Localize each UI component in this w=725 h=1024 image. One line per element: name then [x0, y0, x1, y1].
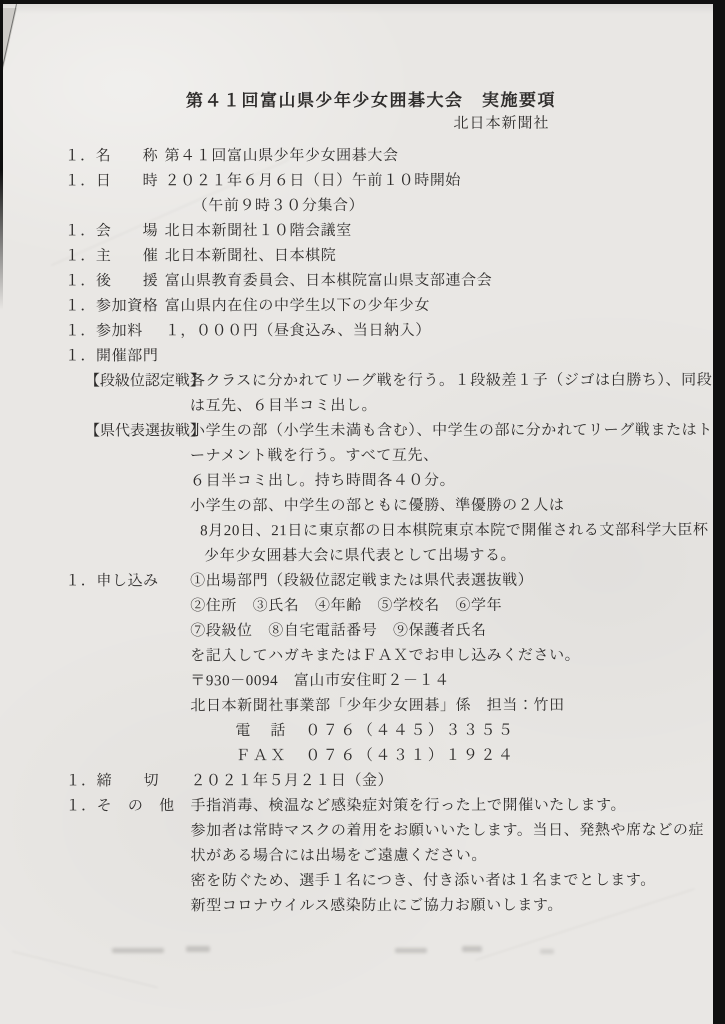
- row-certification-match: 【段級位認定戦】 各クラスに分かれてリーグ戦を行う。１段級差１子（ジゴは白勝ち）…: [65, 369, 668, 420]
- row-label: 【県代表選抜戦】: [85, 419, 190, 444]
- fax-number: ＦＡＸ ０７６（４３１）１９２４: [190, 744, 668, 770]
- postal-address: 〒930－0094 富山市安住町２－１４: [190, 669, 668, 695]
- row-text: 小学生の部、中学生の部ともに優勝、準優勝の２人は: [190, 494, 668, 520]
- bleed-through-mark: [186, 946, 210, 952]
- row-label: １．主 催: [65, 244, 165, 269]
- row-text: ーナメント戦を行う。すべて互先、: [190, 444, 668, 470]
- bleed-through-mark: [112, 948, 164, 953]
- row-host: １．主 催 北日本新聞社、日本棋院: [65, 244, 668, 270]
- publisher-name: 北日本新聞社: [65, 112, 668, 137]
- row-text: 少年少女囲碁大会に県代表として出場する。: [190, 544, 668, 570]
- row-prefecture-selection-match: 【県代表選抜戦】 小学生の部（小学生未満も含む）、中学生の部に分かれてリーグ戦ま…: [65, 419, 668, 570]
- contact-person: 北日本新聞社事業部「少年少女囲碁」係 担当：竹田: [190, 694, 668, 720]
- row-label: １．会 場: [65, 219, 165, 244]
- row-application: １．申し込み ①出場部門（段級位認定戦または県代表選抜戦） ②住所 ③氏名 ④年…: [65, 569, 668, 770]
- row-text: 富山県内在住の中学生以下の少年少女: [165, 294, 668, 320]
- document-title: 第４１回富山県少年少女囲碁大会 実施要項: [64, 90, 667, 113]
- scanner-edge-shadow: [0, 0, 3, 310]
- row-other: １．そ の 他 手指消毒、検温など感染症対策を行った上で開催いたします。 参加者…: [65, 794, 668, 920]
- row-label: １．名 称: [65, 144, 165, 169]
- row-text: 第４１回富山県少年少女囲碁大会: [165, 144, 668, 170]
- row-text: は互先、６目半コミ出し。: [190, 394, 668, 420]
- row-deadline: １．締 切 ２０２１年５月２１日（金）: [65, 769, 668, 795]
- row-text: 密を防ぐため、選手１名につき、付き添い者は１名までとします。: [191, 869, 669, 895]
- row-text: 富山県教育委員会、日本棋院富山県支部連合会: [165, 269, 668, 295]
- row-label: 【段級位認定戦】: [85, 369, 190, 394]
- row-datetime: １．日 時 ２０２１年６月６日（日）午前１０時開始 （午前９時３０分集合）: [65, 169, 668, 220]
- document-content: 第４１回富山県少年少女囲碁大会 実施要項 北日本新聞社 １．名 称 第４１回富山…: [0, 4, 713, 919]
- row-text: ⑦段級位 ⑧自宅電話番号 ⑨保護者氏名: [190, 619, 668, 645]
- row-text: （午前９時３０分集合）: [165, 194, 668, 220]
- row-text: 手指消毒、検温など感染症対策を行った上で開催いたします。: [190, 794, 668, 820]
- row-label: １．そ の 他: [65, 794, 190, 819]
- row-text: を記入してハガキまたはＦＡＸでお申し込みください。: [190, 644, 668, 670]
- row-text: ②住所 ③氏名 ④年齢 ⑤学校名 ⑥学年: [190, 594, 668, 620]
- row-venue: １．会 場 北日本新聞社１０階会議室: [65, 219, 668, 245]
- row-label: １．開催部門: [65, 344, 165, 369]
- row-text: 北日本新聞社１０階会議室: [165, 219, 668, 245]
- row-label: １．締 切: [65, 769, 190, 794]
- row-text: 参加者は常時マスクの着用をお願いいたします。当日、発熱や席などの症: [190, 819, 668, 845]
- bleed-through-mark: [540, 949, 554, 954]
- row-support: １．後 援 富山県教育委員会、日本棋院富山県支部連合会: [65, 269, 668, 295]
- row-label: １．後 援: [65, 269, 165, 294]
- row-text: 北日本新聞社、日本棋院: [165, 244, 668, 270]
- row-text: ①出場部門（段級位認定戦または県代表選抜戦）: [190, 569, 668, 595]
- document-body: １．名 称 第４１回富山県少年少女囲碁大会 １．日 時 ２０２１年６月６日（日）…: [65, 144, 669, 920]
- row-text: １，０００円（昼食込み、当日納入）: [165, 319, 668, 345]
- row-text: 8月20日、21日に東京都の日本棋院東京本院で開催される文部科学大臣杯: [190, 519, 668, 545]
- row-text: 各クラスに分かれてリーグ戦を行う。１段級差１子（ジゴは白勝ち）、同段級: [190, 369, 668, 395]
- paper-sheet: 第４１回富山県少年少女囲碁大会 実施要項 北日本新聞社 １．名 称 第４１回富山…: [0, 4, 713, 1024]
- row-name: １．名 称 第４１回富山県少年少女囲碁大会: [65, 144, 668, 170]
- phone-number: 電 話 ０７６（４４５）３３５５: [190, 719, 668, 745]
- scanned-document-background: 第４１回富山県少年少女囲碁大会 実施要項 北日本新聞社 １．名 称 第４１回富山…: [0, 0, 725, 1024]
- row-label: １．参加料: [65, 319, 165, 344]
- row-label: １．日 時: [65, 169, 165, 194]
- row-text: 状がある場合には出場をご遠慮ください。: [191, 844, 669, 870]
- row-label: １．参加資格: [65, 294, 165, 319]
- row-text: 小学生の部（小学生未満も含む）、中学生の部に分かれてリーグ戦またはト: [190, 419, 668, 445]
- row-fee: １．参加料 １，０００円（昼食込み、当日納入）: [65, 319, 668, 345]
- row-text: ２０２１年５月２１日（金）: [190, 769, 668, 795]
- row-label: １．申し込み: [65, 569, 190, 594]
- row-divisions: １．開催部門: [65, 344, 668, 370]
- row-eligibility: １．参加資格 富山県内在住の中学生以下の少年少女: [65, 294, 668, 320]
- row-text: ６目半コミ出し。持ち時間各４０分。: [190, 469, 668, 495]
- row-text: 新型コロナウイルス感染防止にご協力お願いします。: [191, 894, 669, 920]
- bleed-through-mark: [395, 948, 427, 953]
- bleed-through-mark: [462, 946, 482, 952]
- paper-crease: [12, 951, 158, 988]
